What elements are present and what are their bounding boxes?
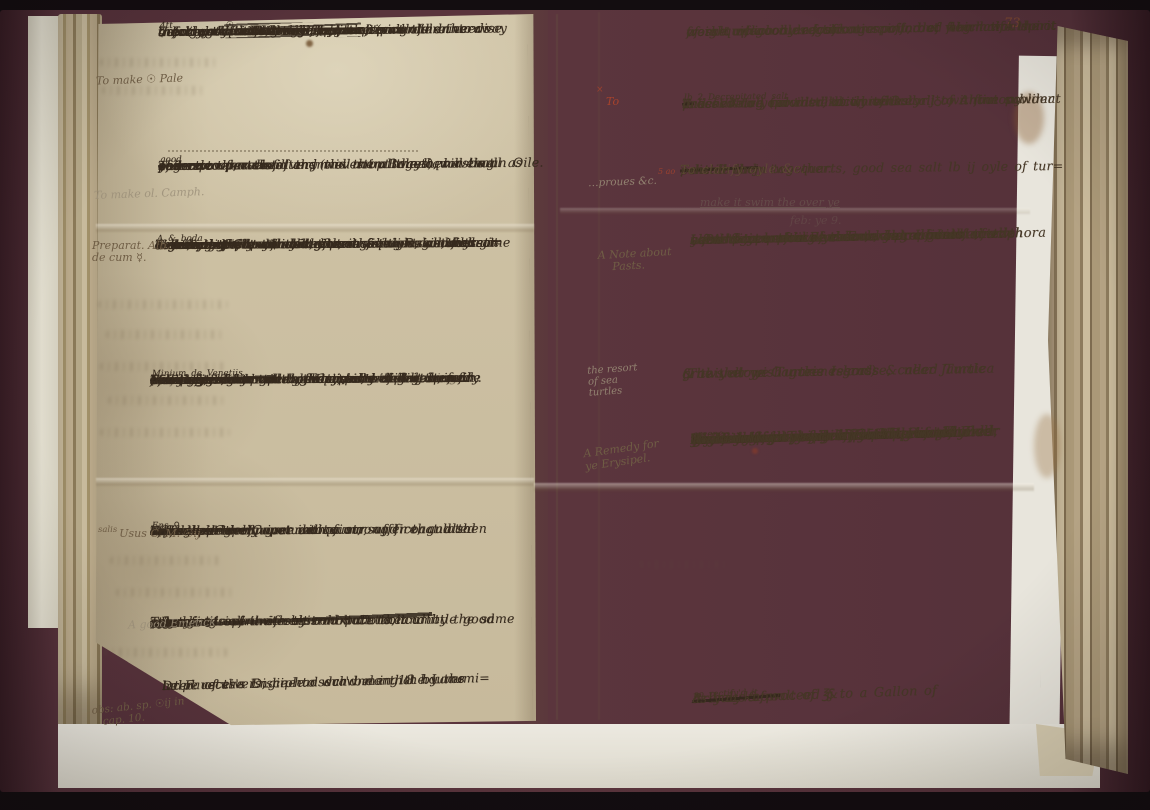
ink-spot — [306, 40, 313, 47]
margin-note-line: de cum ☿. — [92, 252, 170, 264]
pencil-note-feb: feb: ye 9. — [790, 214, 842, 227]
manuscript-line: mercury, which will be very pure and gen… — [150, 370, 468, 387]
manuscript-line: nem bring it to bee very pure & high col… — [155, 235, 479, 252]
manuscript-line: & thither ye Turtles resort) — [682, 363, 876, 384]
manuscript-photo: 73 Haveing digested one part of ☉quicksi… — [0, 0, 1150, 810]
margin-note-preparat: Preparat. Alb. de cum ☿. — [92, 240, 170, 264]
ghost-writing — [100, 58, 218, 67]
ghost-writing — [116, 588, 234, 597]
margin-note-line: Usus C. M. ☉ij — [119, 527, 200, 540]
ghost-writing — [98, 300, 228, 309]
crease — [534, 483, 1034, 492]
ghost-writing — [106, 330, 224, 339]
ghost-writing — [104, 648, 228, 657]
ghost-writing — [100, 428, 230, 437]
margin-note-faint: …proues &c. — [588, 175, 657, 189]
margin-note-sup: salis — [98, 524, 117, 536]
dotted-row — [168, 150, 418, 152]
stain — [1034, 414, 1060, 478]
left-page-stack-edge — [58, 14, 102, 730]
ghost-writing — [640, 560, 730, 569]
ghost-writing — [110, 556, 222, 565]
bottom-backing-sheet — [58, 724, 1100, 788]
margin-note-usus: salisUsus C. M. ☉ij — [96, 528, 200, 541]
gutter-shadow — [514, 10, 548, 724]
ghost-writing — [108, 396, 224, 405]
margin-note-to: To — [606, 96, 619, 108]
crease — [96, 478, 534, 487]
margin-note-pasts: A Note about Pasts. — [597, 246, 672, 274]
manuscript-line: worke upon crude gold. — [686, 21, 847, 39]
manuscript-line: but a very little) rose Copper. — [158, 22, 361, 39]
manuscript-line: Lead &c — [690, 231, 749, 250]
ghost-writing — [102, 86, 207, 95]
pencil-note-swim: make it swim the over ye — [700, 196, 840, 209]
margin-note-turtles: the resort of sea turtles — [587, 362, 639, 398]
fold-line — [556, 14, 558, 720]
red-small-note: 5 ao — [658, 166, 675, 178]
left-guard-page-edge — [28, 16, 62, 628]
red-tick-mark: × — [596, 84, 604, 96]
